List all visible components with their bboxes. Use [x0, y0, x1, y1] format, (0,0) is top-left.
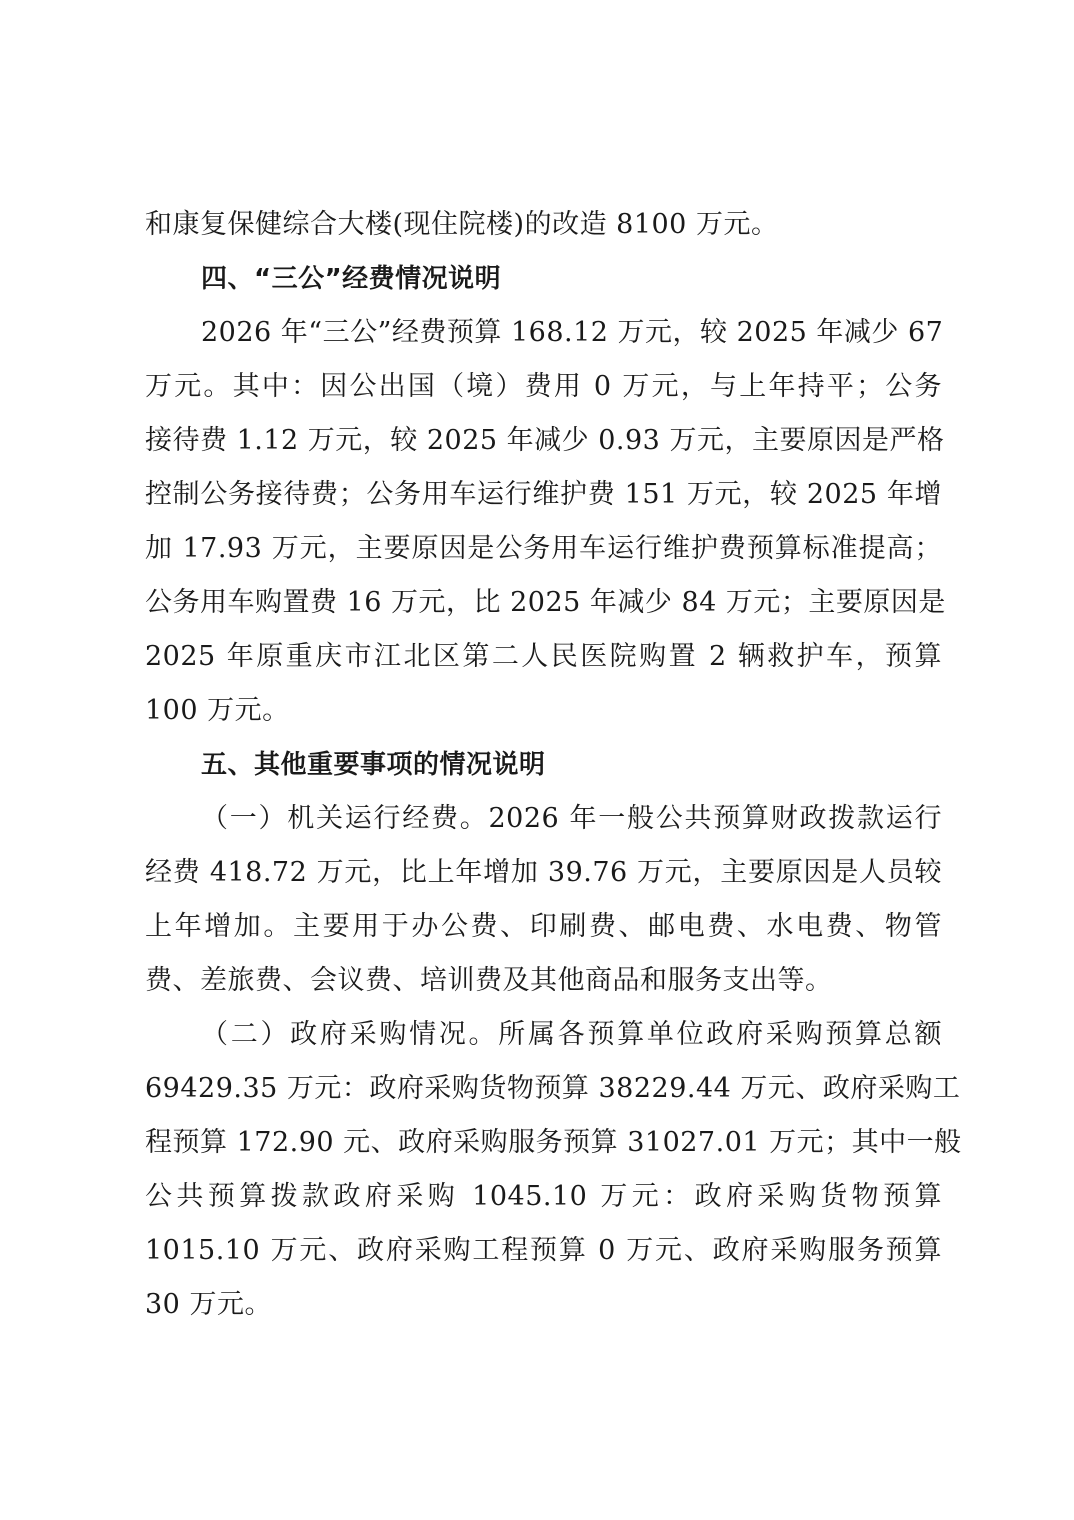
paragraph-line: 30 万元。 [145, 1278, 942, 1332]
paragraph-line: 万元。其中：因公出国（境）费用 0 万元，与上年持平；公务 [145, 360, 942, 414]
paragraph-line: 69429.35 万元：政府采购货物预算 38229.44 万元、政府采购工 [145, 1062, 942, 1116]
section-heading-three-public-expenses: 四、“三公”经费情况说明 [145, 252, 942, 306]
section-heading-other-matters: 五、其他重要事项的情况说明 [145, 738, 942, 792]
paragraph-line: （二）政府采购情况。所属各预算单位政府采购预算总额 [145, 1008, 942, 1062]
paragraph-line: 公务用车购置费 16 万元，比 2025 年减少 84 万元；主要原因是 [145, 576, 942, 630]
paragraph-line: 经费 418.72 万元，比上年增加 39.76 万元，主要原因是人员较 [145, 846, 942, 900]
paragraph-line: 加 17.93 万元，主要原因是公务用车运行维护费预算标准提高； [145, 522, 942, 576]
paragraph-line: 2025 年原重庆市江北区第二人民医院购置 2 辆救护车，预算 [145, 630, 942, 684]
paragraph-line: 接待费 1.12 万元，较 2025 年减少 0.93 万元，主要原因是严格 [145, 414, 942, 468]
document-page: 和康复保健综合大楼(现住院楼)的改造 8100 万元。 四、“三公”经费情况说明… [145, 198, 942, 1332]
paragraph-line: 2026 年“三公”经费预算 168.12 万元，较 2025 年减少 67 [145, 306, 942, 360]
paragraph-line: 程预算 172.90 元、政府采购服务预算 31027.01 万元；其中一般 [145, 1116, 942, 1170]
paragraph-line: （一）机关运行经费。2026 年一般公共预算财政拨款运行 [145, 792, 942, 846]
paragraph-line: 和康复保健综合大楼(现住院楼)的改造 8100 万元。 [145, 198, 942, 252]
paragraph-line: 上年增加。主要用于办公费、印刷费、邮电费、水电费、物管 [145, 900, 942, 954]
paragraph-line: 费、差旅费、会议费、培训费及其他商品和服务支出等。 [145, 954, 942, 1008]
paragraph-line: 公共预算拨款政府采购 1045.10 万元：政府采购货物预算 [145, 1170, 942, 1224]
paragraph-line: 100 万元。 [145, 684, 942, 738]
paragraph-line: 控制公务接待费；公务用车运行维护费 151 万元，较 2025 年增 [145, 468, 942, 522]
paragraph-line: 1015.10 万元、政府采购工程预算 0 万元、政府采购服务预算 [145, 1224, 942, 1278]
